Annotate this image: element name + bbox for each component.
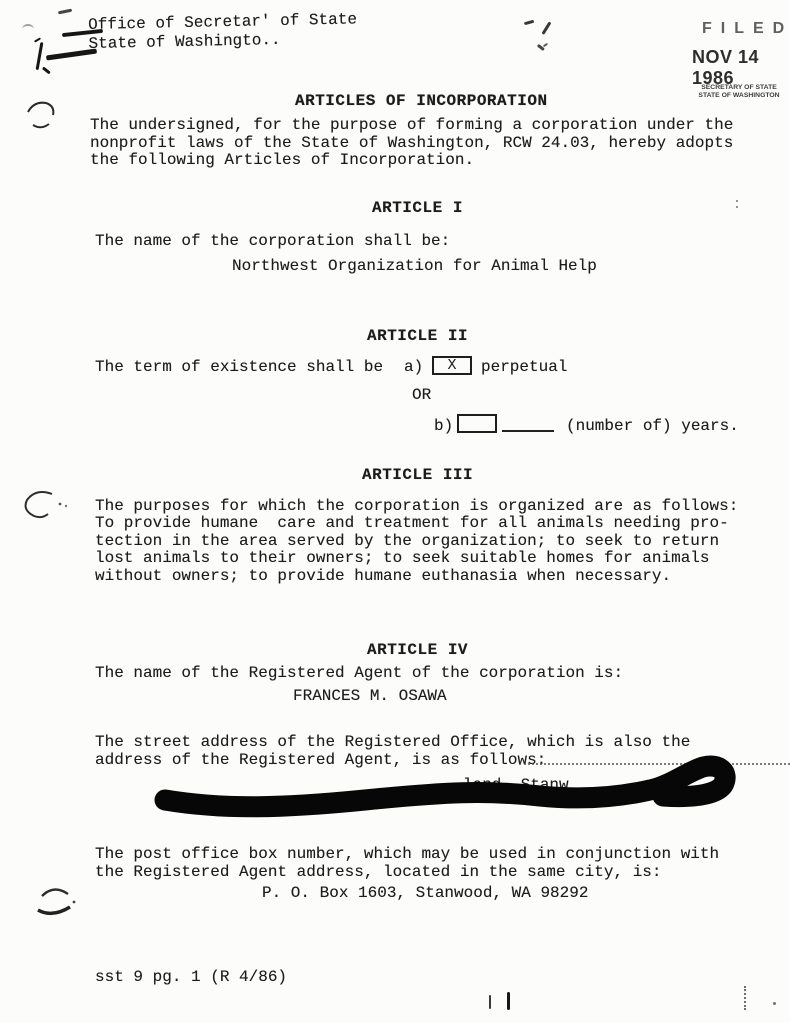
article-3-body: To provide humane care and treatment for… [95, 515, 729, 585]
scan-tick [489, 995, 491, 1009]
article-3-heading: ARTICLE III [362, 466, 473, 484]
pen-mark [524, 20, 534, 25]
scan-tick [744, 986, 746, 1010]
pen-circle-mark [24, 98, 66, 136]
article-4-heading: ARTICLE IV [367, 641, 468, 659]
option-a-text: perpetual [481, 358, 567, 376]
option-b-text: (number of) years. [566, 417, 739, 435]
agency-header: Office of Secretar' of State State of Wa… [88, 10, 358, 54]
redaction-marker [145, 748, 745, 820]
stamp-office-line-2: STATE OF WASHINGTON [695, 92, 783, 100]
pen-mark [543, 43, 548, 48]
registered-agent-name: FRANCES M. OSAWA [293, 687, 447, 705]
document-title: ARTICLES OF INCORPORATION [295, 92, 548, 110]
option-a-label: a) [404, 358, 423, 376]
pen-circle-mark [20, 488, 72, 528]
article-1-lead: The name of the corporation shall be: [95, 232, 450, 250]
intro-paragraph: The undersigned, for the purpose of form… [90, 117, 733, 170]
stamp-office-line-1: SECRETARY OF STATE [695, 84, 783, 92]
article-3-lead: The purposes for which the corporation i… [95, 497, 738, 515]
option-b-label: b) [434, 417, 453, 435]
pen-circle-mark [32, 882, 82, 924]
scanned-document-page: Office of Secretar' of State State of Wa… [0, 0, 790, 1023]
pen-mark [58, 9, 72, 14]
corporation-name: Northwest Organization for Animal Help [232, 257, 597, 275]
scan-speck [773, 1002, 776, 1005]
pen-mark [42, 66, 51, 74]
scan-speck [736, 200, 738, 202]
pen-mark [36, 42, 43, 70]
registered-agent-lead: The name of the Registered Agent of the … [95, 664, 623, 682]
checkbox-perpetual-value: X [447, 357, 456, 374]
checkbox-years [457, 414, 497, 433]
filed-stamp-date: NOV 14 1986 [692, 47, 790, 89]
article-2-heading: ARTICLE II [367, 327, 468, 345]
checkbox-perpetual: X [432, 356, 472, 375]
or-label: OR [412, 386, 431, 404]
article-1-heading: ARTICLE I [372, 199, 463, 217]
filed-stamp-text: FILED [702, 20, 790, 38]
scan-speck [736, 206, 738, 208]
filed-stamp-office: SECRETARY OF STATE STATE OF WASHINGTON [695, 84, 783, 99]
pobox-lead: The post office box number, which may be… [95, 846, 719, 881]
pen-underline [46, 48, 97, 60]
form-footer-code: sst 9 pg. 1 (R 4/86) [95, 968, 287, 986]
years-blank-line [502, 415, 554, 432]
pen-mark [22, 24, 34, 35]
pen-mark [541, 21, 551, 34]
article-2-lead: The term of existence shall be [95, 358, 383, 376]
pobox-address: P. O. Box 1603, Stanwood, WA 98292 [262, 884, 588, 902]
scan-tick [507, 992, 510, 1010]
